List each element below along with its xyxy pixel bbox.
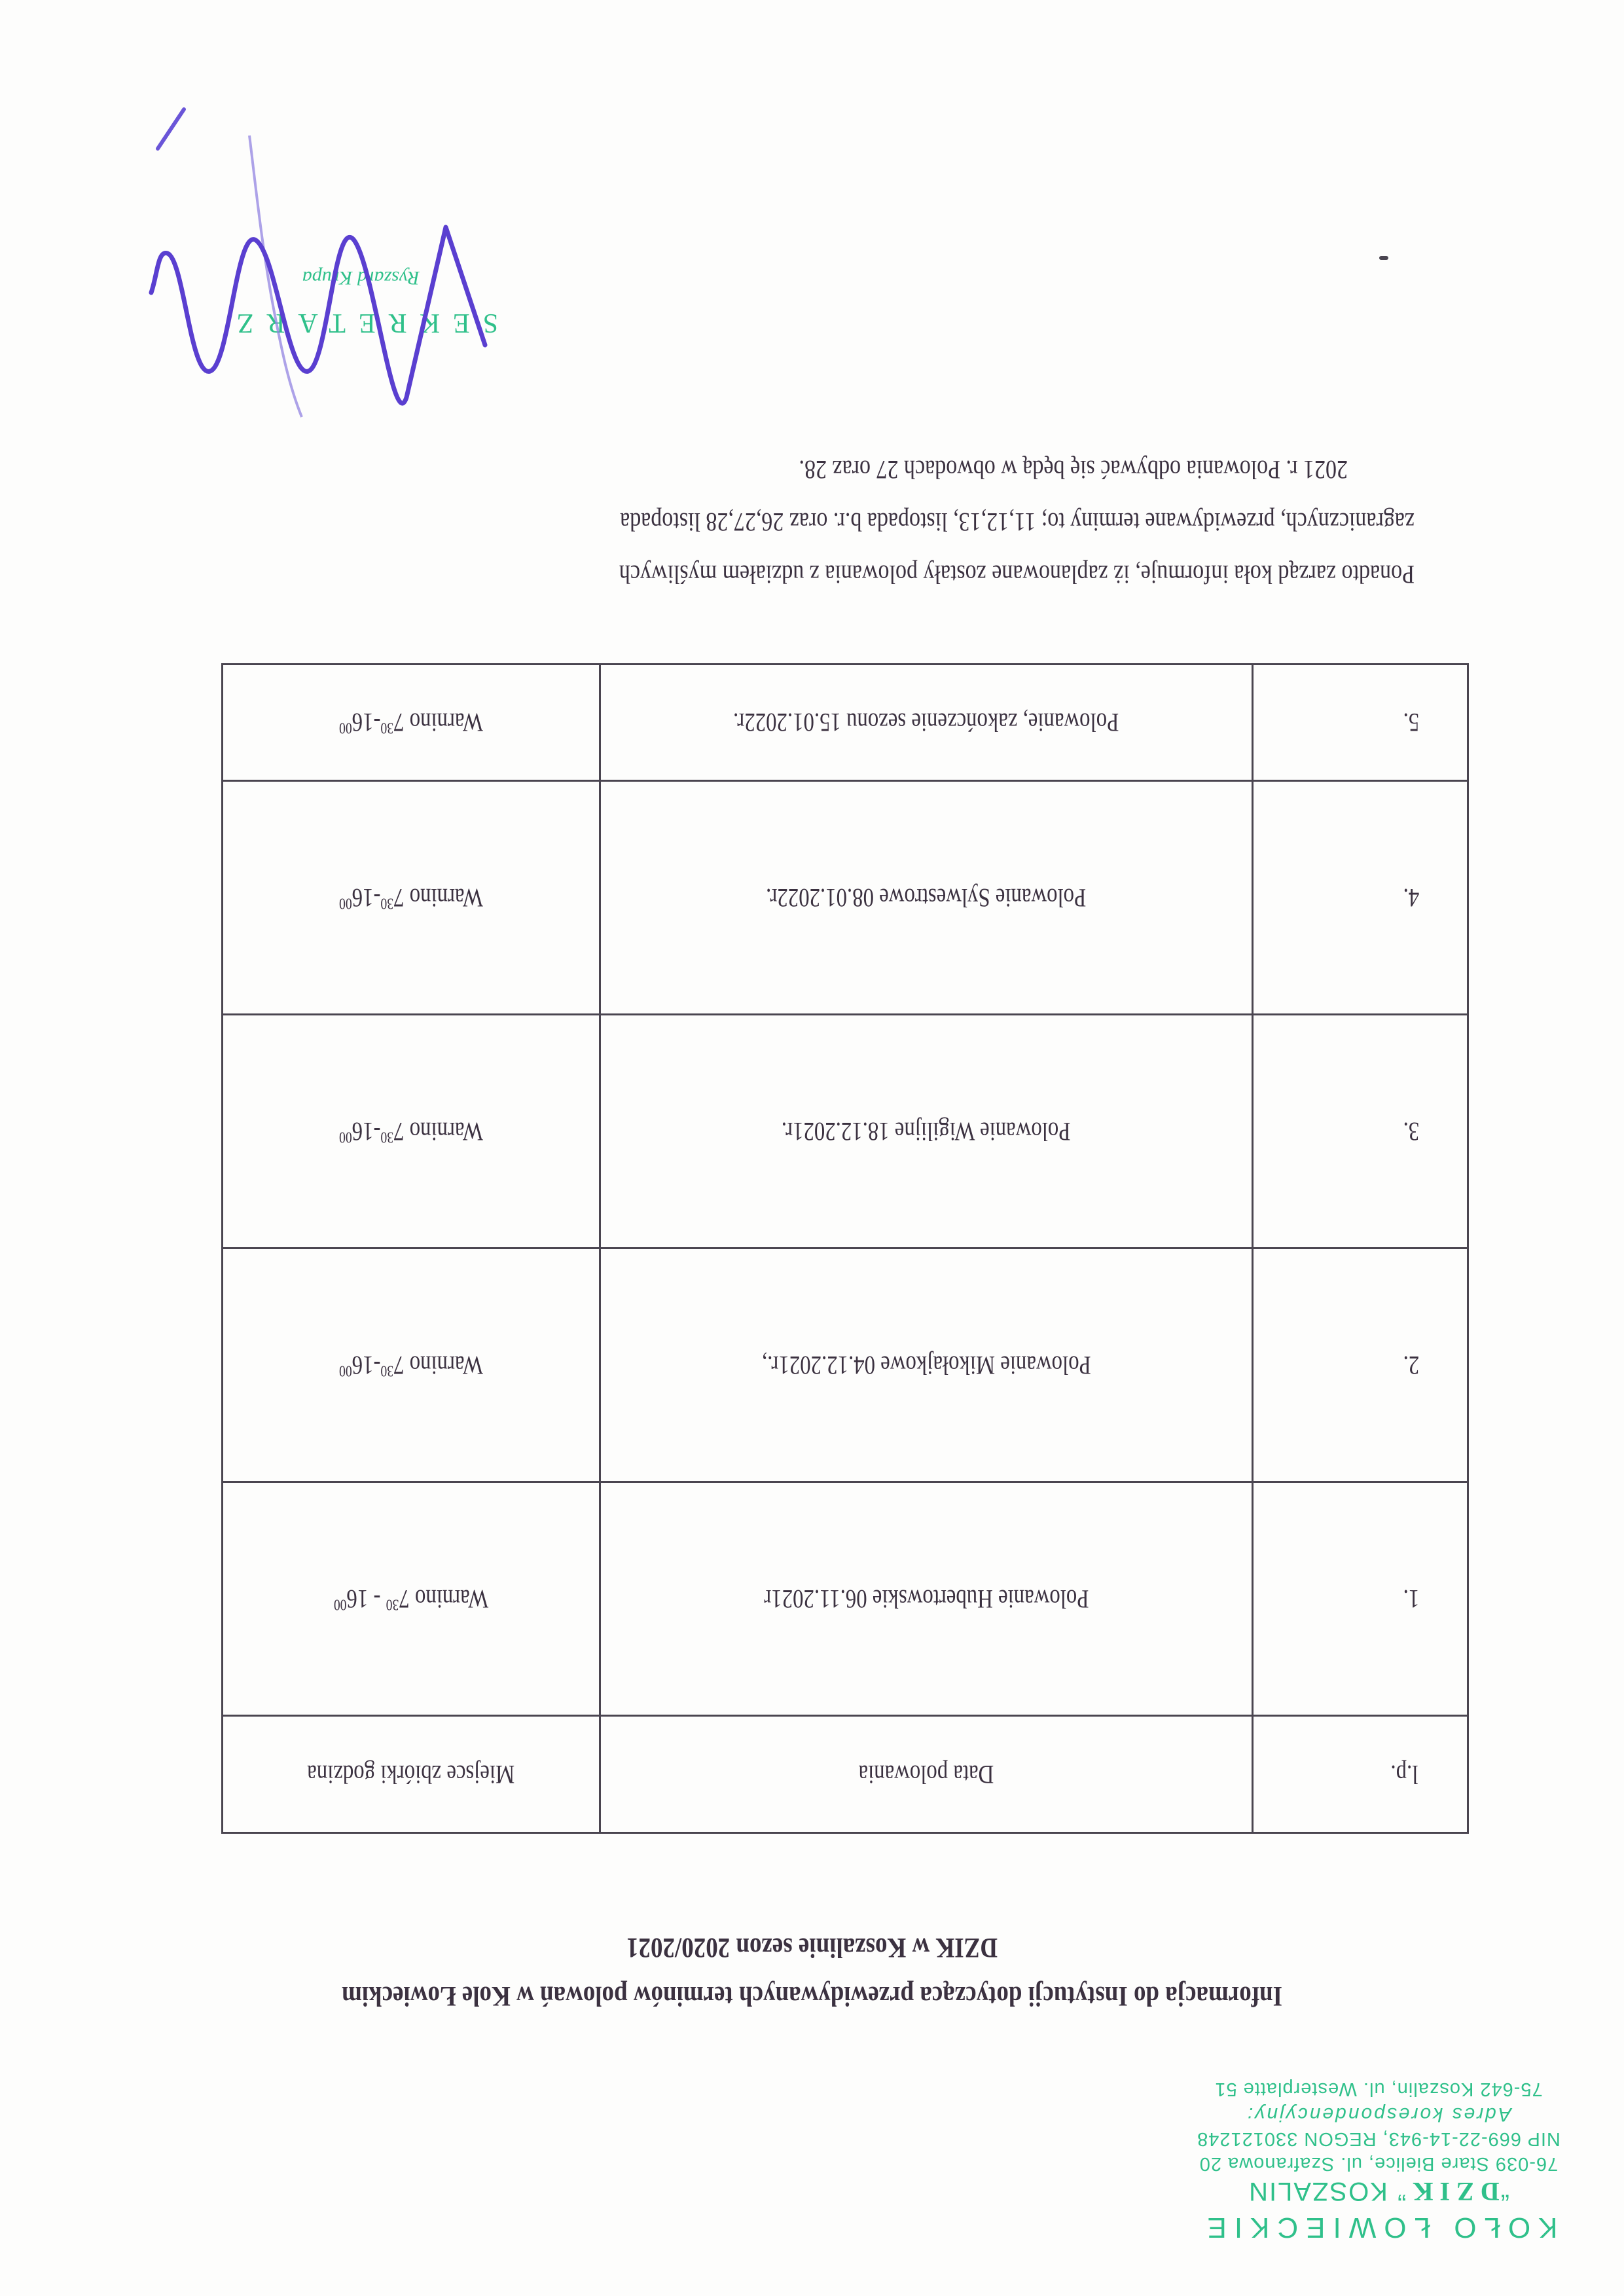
table-row: 1. Polowanie Hubertowskie 06.11.2021r Wa… bbox=[223, 1482, 1468, 1716]
row-lp: 1. bbox=[1253, 1482, 1468, 1716]
org-address: 76-039 Stare Bielice, ul. Szafranowa 20 bbox=[1195, 2151, 1562, 2176]
row-lp: 2. bbox=[1253, 1248, 1468, 1482]
row-date: Polowanie Hubertowskie 06.11.2021r bbox=[600, 1482, 1253, 1716]
org-name: KOŁO ŁOWIECKIE bbox=[1195, 2211, 1562, 2244]
row-lp: 3. bbox=[1253, 1015, 1468, 1248]
row-place-time: Warnino 730-1600 bbox=[223, 665, 600, 782]
row-place-time: Warnino 730-1600 bbox=[223, 1248, 600, 1482]
hunt-schedule-table: l.p. Data polowania Miejsce zbiórki godz… bbox=[221, 663, 1469, 1834]
header-date: Data polowania bbox=[600, 1716, 1253, 1833]
table-row: 2. Polowanie Mikołajkowe 04.12.2021r., W… bbox=[223, 1248, 1468, 1482]
org-correspondence-label: Adres korespondencyjny: bbox=[1195, 2102, 1562, 2126]
header-lp: l.p. bbox=[1253, 1716, 1468, 1833]
table-row: 3. Polowanie Wigilijne 18.12.2021r. Warn… bbox=[223, 1015, 1468, 1248]
org-correspondence-address: 75-642 Koszalin, ul. Westerplatte 51 bbox=[1195, 2077, 1562, 2102]
row-date: Polowanie, zakończenie sezonu 15.01.2022… bbox=[600, 665, 1253, 782]
scan-speck bbox=[1379, 256, 1388, 260]
org-brand: DZIK bbox=[1406, 2177, 1499, 2206]
header-place: Miejsce zbiórki godzina bbox=[223, 1716, 600, 1833]
org-brand-line: “DZIK” KOSZALIN bbox=[1195, 2176, 1562, 2207]
table-row: 4. Polowanie Sylwestrowe 08.01.2022r. Wa… bbox=[223, 781, 1468, 1015]
row-date: Polowanie Sylwestrowe 08.01.2022r. bbox=[600, 781, 1253, 1015]
quote-open: “ bbox=[1500, 2177, 1509, 2206]
title-line-2: DZIK w Koszalinie sezon 2020/2021 bbox=[114, 1923, 1511, 1971]
row-date: Polowanie Wigilijne 18.12.2021r. bbox=[600, 1015, 1253, 1248]
document-page: KOŁO ŁOWIECKIE “DZIK” KOSZALIN 76-039 St… bbox=[0, 0, 1624, 2296]
table-row: 5. Polowanie, zakończenie sezonu 15.01.2… bbox=[223, 665, 1468, 782]
hunt-schedule-table-wrap: l.p. Data polowania Miejsce zbiórki godz… bbox=[221, 663, 1469, 1834]
paragraph-line-1: Ponadto zarząd koła informuje, iż zaplan… bbox=[213, 548, 1415, 600]
document-title: Informacja do Instytucji dotycząca przew… bbox=[114, 1923, 1511, 2020]
row-place-time: Warnino 730-1600 bbox=[223, 1015, 600, 1248]
table-header-row: l.p. Data polowania Miejsce zbiórki godz… bbox=[223, 1716, 1468, 1833]
organization-stamp: KOŁO ŁOWIECKIE “DZIK” KOSZALIN 76-039 St… bbox=[1195, 2077, 1562, 2244]
handwritten-signature-icon bbox=[132, 96, 524, 515]
row-date: Polowanie Mikołajkowe 04.12.2021r., bbox=[600, 1248, 1253, 1482]
title-line-1: Informacja do Instytucji dotycząca przew… bbox=[114, 1971, 1511, 2020]
row-lp: 4. bbox=[1253, 781, 1468, 1015]
org-ids: NIP 669-22-14-943, REGON 330121248 bbox=[1195, 2126, 1562, 2151]
row-place-time: Warnino 730 - 1600 bbox=[223, 1482, 600, 1716]
row-place-time: Warnino 730-1600 bbox=[223, 781, 600, 1015]
org-city: KOSZALIN bbox=[1248, 2177, 1388, 2206]
quote-close: ” bbox=[1396, 2177, 1406, 2206]
row-lp: 5. bbox=[1253, 665, 1468, 782]
